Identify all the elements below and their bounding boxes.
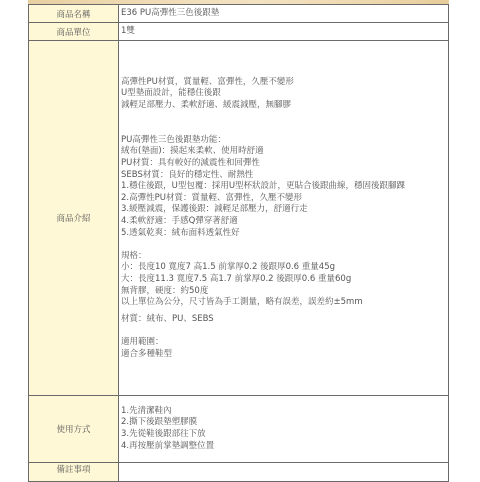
- value-product-unit: 1雙: [119, 23, 449, 41]
- usage-step: 2.撕下後跟墊塑膠膜: [121, 417, 448, 429]
- value-notes: [119, 463, 449, 481]
- spacer: [121, 112, 448, 124]
- usage-step: 3.先從鞋後跟部往下放: [121, 429, 448, 441]
- material-line: 材質：絨布、PU、SEBS: [121, 314, 448, 326]
- summary-line: 高彈性PU材質，質量輕、富彈性，久壓不變形: [121, 77, 448, 89]
- feature-line: 3.緩壓減震，保護後跟：減輕足部壓力，舒適行走: [121, 204, 448, 216]
- row-usage: 使用方式 1.先清潔鞋內 2.撕下後跟墊塑膠膜 3.先從鞋後跟部往下放 4.再按…: [29, 396, 449, 463]
- spec-line: 大：長度11.3 寬度7.5 高1.7 前掌厚0.2 後跟厚0.6 重量60g: [121, 274, 448, 286]
- spec-line: 小：長度10 寬度7 高1.5 前掌厚0.2 後跟厚0.6 重量45g: [121, 262, 448, 274]
- feature-line: 2.高彈性PU材質：質量輕、富彈性，久壓不變形: [121, 193, 448, 205]
- feature-line: 5.透氣乾爽：絨布面料透氣性好: [121, 228, 448, 240]
- spec-title: 規格：: [121, 251, 448, 263]
- label-product-name: 商品名稱: [29, 5, 119, 23]
- row-product-intro: 商品介紹 高彈性PU材質，質量輕、富彈性，久壓不變形 U型墊面設計，能穩住後跟 …: [29, 41, 449, 396]
- row-notes: 備註事項: [29, 463, 449, 481]
- product-spec-table: 商品名稱 E36 PU高彈性三色後跟墊 商品單位 1雙 商品介紹 高彈性PU材質…: [28, 4, 449, 480]
- scope-title: 適用範圍：: [121, 337, 448, 349]
- spacer: [121, 325, 448, 337]
- feature-line: 1.穩住後跟，U型包覆：採用U型杯狀設計，更貼合後跟曲線，穩固後跟腳踝: [121, 181, 448, 193]
- scope-value: 適合多種鞋型: [121, 349, 448, 361]
- material-desc-line: PU材質：具有較好的減震性和回彈性: [121, 158, 448, 170]
- spacer: [121, 239, 448, 251]
- value-usage: 1.先清潔鞋內 2.撕下後跟墊塑膠膜 3.先從鞋後跟部往下放 4.再按壓前掌墊調…: [119, 396, 449, 463]
- value-product-intro: 高彈性PU材質，質量輕、富彈性，久壓不變形 U型墊面設計，能穩住後跟 減輕足部壓…: [119, 41, 449, 396]
- label-product-unit: 商品單位: [29, 23, 119, 41]
- row-product-name: 商品名稱 E36 PU高彈性三色後跟墊: [29, 5, 449, 23]
- row-product-unit: 商品單位 1雙: [29, 23, 449, 41]
- usage-step: 1.先清潔鞋內: [121, 406, 448, 418]
- spec-line: 無背膠，硬度：約50度: [121, 286, 448, 298]
- label-product-intro: 商品介紹: [29, 41, 119, 396]
- usage-step: 4.再按壓前掌墊調整位置: [121, 441, 448, 453]
- spacer: [121, 123, 448, 135]
- summary-line: 減輕足部壓力、柔軟舒適、緩震減壓，無腳膠: [121, 100, 448, 112]
- value-product-name: E36 PU高彈性三色後跟墊: [119, 5, 449, 23]
- label-usage: 使用方式: [29, 396, 119, 463]
- spec-line: 以上單位為公分，尺寸皆為手工測量，略有誤差，誤差約±5mm: [121, 297, 448, 309]
- material-desc-line: SEBS材質：良好的穩定性、耐熱性: [121, 170, 448, 182]
- summary-line: U型墊面設計，能穩住後跟: [121, 88, 448, 100]
- features-title: PU高彈性三色後跟墊功能：: [121, 135, 448, 147]
- label-notes: 備註事項: [29, 463, 119, 481]
- intro-content: 高彈性PU材質，質量輕、富彈性，久壓不變形 U型墊面設計，能穩住後跟 減輕足部壓…: [121, 76, 448, 360]
- feature-line: 4.柔軟舒適：手感Q彈穿著舒適: [121, 216, 448, 228]
- material-desc-line: 絨布(墊面)：摸起來柔軟、使用時舒適: [121, 146, 448, 158]
